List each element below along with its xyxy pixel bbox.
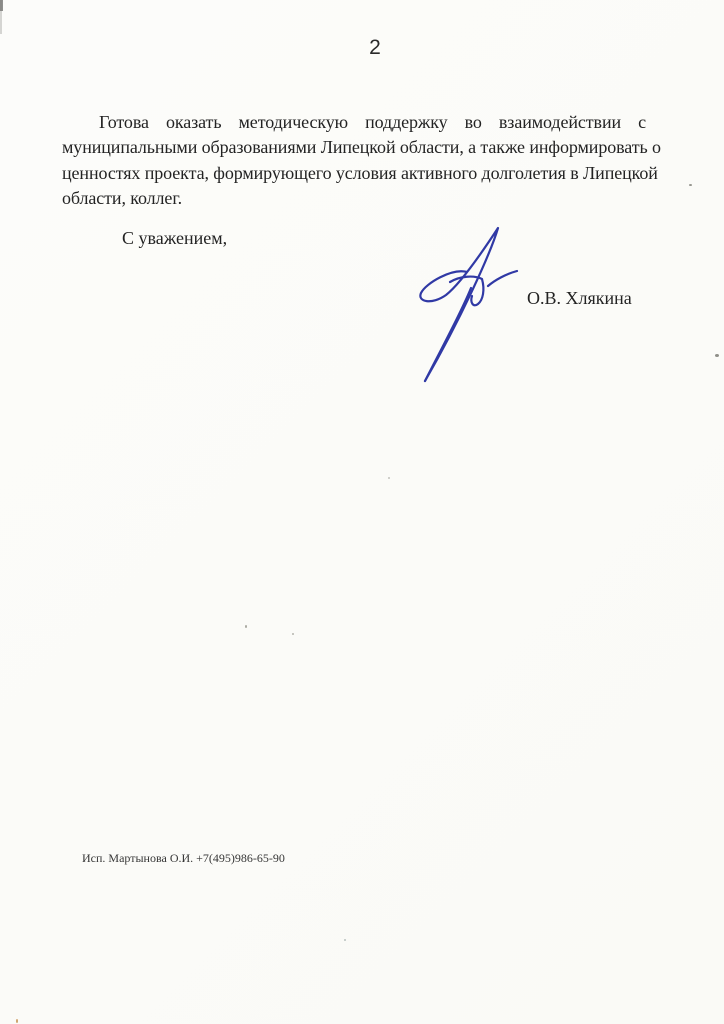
body-line-3: ценностях проекта, формирующего условия …	[62, 161, 646, 186]
scan-speck	[16, 1019, 18, 1023]
scan-speck	[245, 625, 247, 628]
scan-speck	[388, 477, 390, 479]
letter-body-paragraph: Готова оказать методическую поддержку во…	[62, 110, 646, 211]
closing-salutation: С уважением,	[122, 226, 227, 251]
page-number: 2	[351, 36, 399, 59]
scan-speck	[344, 939, 346, 941]
body-line-4: области, коллег.	[62, 186, 646, 211]
signer-name: О.В. Хлякина	[527, 286, 632, 311]
body-line-2: муниципальными образованиями Липецкой об…	[62, 135, 646, 160]
handwritten-signature-icon	[408, 216, 538, 396]
scan-speck	[292, 633, 294, 635]
signature-stroke-main	[420, 228, 498, 381]
scan-speck	[715, 354, 719, 357]
scan-corner-mark	[0, 0, 3, 11]
executor-footer: Исп. Мартынова О.И. +7(495)986-65-90	[82, 850, 285, 866]
signature-stroke-dash	[488, 271, 517, 286]
scanned-letter-page: 2 Готова оказать методическую поддержку …	[0, 0, 724, 1024]
scan-speck	[689, 184, 692, 186]
body-line-1: Готова оказать методическую поддержку во…	[62, 110, 646, 135]
